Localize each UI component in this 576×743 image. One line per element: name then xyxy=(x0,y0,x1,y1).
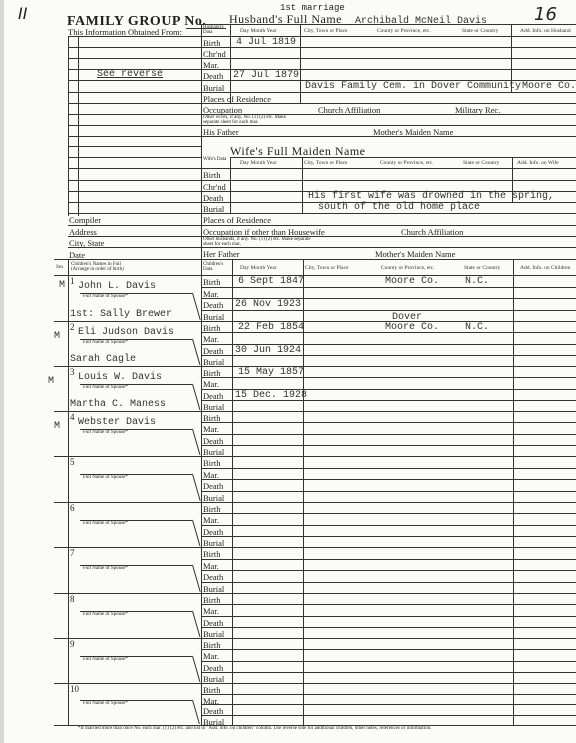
child-death-label: Death xyxy=(203,481,223,491)
rule xyxy=(201,310,576,311)
children-names-sub: (Arrange in order of birth) xyxy=(71,267,124,272)
rule xyxy=(192,429,200,455)
husband-church-label: Church Affiliation xyxy=(318,105,380,115)
child-name[interactable]: Louis W. Davis xyxy=(78,372,162,383)
child-death-label: Death xyxy=(203,618,223,628)
child-number: 4 xyxy=(70,412,75,422)
rule xyxy=(201,468,576,469)
children-data-header: Children's Data xyxy=(203,262,229,272)
child-birth-label: Birth xyxy=(203,504,220,514)
rule xyxy=(68,125,576,126)
rule xyxy=(201,715,576,716)
child-burial-label: Burial xyxy=(203,584,224,594)
rule xyxy=(201,627,576,628)
husband-data-header: Husband's Data xyxy=(203,25,229,35)
child-burial-label: Burial xyxy=(203,493,224,503)
rule xyxy=(201,479,576,480)
spouse-label: Full Name of Spouse* xyxy=(83,657,128,662)
child-number: 6 xyxy=(70,503,75,513)
rule xyxy=(201,559,576,560)
child-birth-date[interactable]: 15 May 1857 xyxy=(238,367,304,378)
rule xyxy=(68,36,69,216)
wife-death-label: Death xyxy=(203,193,223,203)
child-birth-label: Birth xyxy=(203,458,220,468)
husband-burial-label: Burial xyxy=(203,83,224,93)
child-sex[interactable]: M xyxy=(54,331,60,342)
rule xyxy=(201,434,576,435)
child-mar-label: Mar. xyxy=(203,696,219,706)
rule xyxy=(201,513,576,514)
wife-burial-label: Burial xyxy=(203,204,224,214)
rule xyxy=(68,259,69,275)
rule xyxy=(201,616,576,617)
rule xyxy=(201,525,576,526)
husband-burial-place[interactable]: Davis Family Cem. in Dover Community xyxy=(305,81,521,92)
rule xyxy=(230,157,576,158)
child-mar-label: Mar. xyxy=(203,606,219,616)
child-burial-label: Burial xyxy=(203,402,224,412)
spouse-label: Full Name of Spouse* xyxy=(83,294,128,299)
state-header: State or Country xyxy=(463,160,499,166)
add-children-header: Add. Info. on Children xyxy=(520,265,570,271)
child-mar-label: Mar. xyxy=(203,379,219,389)
spouse-label: Full Name of Spouse* xyxy=(83,475,128,480)
child-birth-label: Birth xyxy=(203,277,220,287)
child-name[interactable]: Webster Davis xyxy=(78,417,156,428)
rule xyxy=(192,611,200,637)
rule xyxy=(54,547,576,548)
dmy-header: Day Month Year xyxy=(240,160,277,166)
rule xyxy=(201,445,576,446)
rule xyxy=(68,103,576,104)
dmy-header: Day Month Year xyxy=(240,265,277,271)
wife-occupation-label: Occupation if other than Housewife xyxy=(203,227,325,237)
rule xyxy=(68,92,576,93)
rule xyxy=(192,656,200,682)
rule xyxy=(201,536,576,537)
sex-header: Sex xyxy=(56,265,64,270)
rule xyxy=(192,700,200,724)
city-header: City, Town or Place xyxy=(304,28,347,34)
child-number: 9 xyxy=(70,639,75,649)
child-mar-label: Mar. xyxy=(203,334,219,344)
rule xyxy=(201,422,576,423)
child-death-date[interactable]: 15 Dec. 1928 xyxy=(235,390,307,401)
rule xyxy=(68,225,576,226)
city-header: City, Town or Place xyxy=(304,160,347,166)
rule xyxy=(54,456,576,457)
child-death-label: Death xyxy=(203,663,223,673)
state-header: State or Country xyxy=(464,265,500,271)
rule xyxy=(201,259,202,725)
child-birth-label: Birth xyxy=(203,685,220,695)
child-mar-label: Mar. xyxy=(203,651,219,661)
child-mar-label: Mar. xyxy=(203,515,219,525)
rule xyxy=(201,287,576,288)
child-mar-label: Mar. xyxy=(203,289,219,299)
child-number: 2 xyxy=(70,322,75,332)
child-number: 10 xyxy=(70,684,79,694)
child-death-date[interactable]: 26 Nov 1923 xyxy=(235,299,301,310)
child-death-date[interactable]: 30 Jun 1924 xyxy=(235,345,301,356)
husband-name[interactable]: Archibald McNeil Davis xyxy=(355,16,487,27)
wife-father-label: Her Father xyxy=(203,249,240,259)
child-death-label: Death xyxy=(203,346,223,356)
county-header: County or Province, etc. xyxy=(380,160,434,166)
child-burial-label: Burial xyxy=(203,629,224,639)
child-birth-county[interactable]: Moore Co. xyxy=(385,276,439,287)
child-burial-label: Burial xyxy=(203,538,224,548)
child-birth-state[interactable]: N.C. xyxy=(465,322,489,333)
rule xyxy=(68,69,576,70)
info-obtained-value[interactable]: See reverse xyxy=(97,69,163,80)
rule xyxy=(68,180,576,181)
dmy-header: Day Month Year xyxy=(240,28,277,34)
spouse-label: Full Name of Spouse* xyxy=(83,566,128,571)
child-spouse[interactable]: Sarah Cagle xyxy=(70,354,136,365)
child-name[interactable]: John L. Davis xyxy=(78,281,156,292)
rule xyxy=(192,339,200,365)
child-birth-label: Birth xyxy=(203,323,220,333)
wife-note-line2[interactable]: south of the old home place xyxy=(318,202,480,213)
husband-occupation-label: Occupation xyxy=(203,105,242,115)
city-header: City, Town or Place xyxy=(305,265,348,271)
rule xyxy=(54,259,576,260)
rule xyxy=(54,593,576,594)
wife-birth-label: Birth xyxy=(203,170,220,180)
rule xyxy=(68,146,201,147)
husband-burial-county[interactable]: Moore Co. xyxy=(522,81,576,92)
rule xyxy=(201,672,576,673)
county-header: County or Province, etc. xyxy=(381,265,435,271)
husband-birth-date[interactable]: 4 Jul 1819 xyxy=(236,37,296,48)
child-spouse[interactable]: 1st: Sally Brewer xyxy=(70,309,172,320)
rule xyxy=(232,259,233,725)
rule xyxy=(68,58,576,59)
child-death-label: Death xyxy=(203,436,223,446)
spouse-label: Full Name of Spouse* xyxy=(83,385,128,390)
wife-mother-label: Mother's Maiden Name xyxy=(375,249,455,259)
rule xyxy=(68,168,576,169)
child-death-label: Death xyxy=(203,300,223,310)
rule xyxy=(513,259,514,725)
rule xyxy=(54,321,576,322)
rule xyxy=(192,520,200,546)
rule xyxy=(68,213,576,214)
child-birth-state[interactable]: N.C. xyxy=(465,276,489,287)
scan-edge xyxy=(0,0,4,743)
roman-numeral-mark: II xyxy=(18,4,27,23)
husband-mar-label: Mar. xyxy=(203,60,219,70)
rule xyxy=(192,293,201,320)
child-death-label: Death xyxy=(203,706,223,716)
rule xyxy=(68,157,201,158)
footer-note: *If married more than once No. each mar.… xyxy=(78,726,431,731)
rule xyxy=(54,275,576,276)
rule xyxy=(68,47,576,48)
wife-note-line1[interactable]: His first wife was drowned in the spring… xyxy=(308,191,554,202)
rule xyxy=(68,247,576,248)
husband-mother-label: Mother's Maiden Name xyxy=(373,127,453,137)
child-number: 8 xyxy=(70,594,75,604)
child-number: 5 xyxy=(70,457,75,467)
rule xyxy=(54,502,576,503)
rule xyxy=(68,36,576,37)
child-place-note[interactable]: Dover xyxy=(392,312,422,323)
husband-other-wives-label: Other wives, if any. No. (1) (2) etc. Ma… xyxy=(203,115,303,125)
add-husband-header: Add. Info. on Husband xyxy=(520,28,571,34)
child-death-label: Death xyxy=(203,572,223,582)
child-name[interactable]: Eli Judson Davis xyxy=(78,327,174,338)
rule xyxy=(201,582,576,583)
rule xyxy=(201,661,576,662)
rule xyxy=(201,649,576,650)
page-number-mark: 16 xyxy=(534,4,557,25)
wife-chr-label: Chr'nd xyxy=(203,182,226,192)
child-birth-label: Birth xyxy=(203,640,220,650)
child-number: 3 xyxy=(70,367,75,377)
wife-other-husbands-label: Other husbands, if any. No. (1) (2) etc.… xyxy=(203,237,313,247)
rule xyxy=(54,366,576,367)
rule xyxy=(201,694,576,695)
child-birth-date[interactable]: 22 Feb 1854 xyxy=(238,322,304,333)
rule xyxy=(201,704,576,705)
child-mar-label: Mar. xyxy=(203,470,219,480)
child-burial-label: Burial xyxy=(203,447,224,457)
rule xyxy=(200,24,576,25)
add-wife-header: Add. Info. on Wife xyxy=(517,160,559,166)
spouse-label: Full Name of Spouse* xyxy=(83,340,128,345)
child-burial-label: Burial xyxy=(203,674,224,684)
child-number: 1 xyxy=(70,276,75,286)
rule xyxy=(192,384,200,410)
rule xyxy=(192,565,201,592)
husband-military-label: Military Rec. xyxy=(455,105,500,115)
county-header: County or Province, etc. xyxy=(377,28,431,34)
child-sex[interactable]: M xyxy=(59,280,65,291)
rule xyxy=(201,604,576,605)
child-death-label: Death xyxy=(203,391,223,401)
child-birth-label: Birth xyxy=(203,549,220,559)
spouse-label: Full Name of Spouse* xyxy=(83,701,128,706)
husband-chr-label: Chr'nd xyxy=(203,49,226,59)
rule xyxy=(54,411,576,412)
rule xyxy=(54,683,576,684)
child-sex[interactable]: M xyxy=(48,376,54,387)
husband-death-date[interactable]: 27 Jul 1879 xyxy=(233,70,299,81)
rule xyxy=(68,136,576,137)
child-burial-label: Burial xyxy=(203,312,224,322)
child-sex[interactable]: M xyxy=(54,421,60,432)
child-number: 7 xyxy=(70,548,75,558)
husband-birth-label: Birth xyxy=(203,38,220,48)
spouse-label: Full Name of Spouse* xyxy=(83,521,128,526)
wife-residence-label: Places of Residence xyxy=(203,215,271,225)
rule xyxy=(54,638,576,639)
child-spouse[interactable]: Martha C. Maness xyxy=(70,399,166,410)
child-death-label: Death xyxy=(203,527,223,537)
child-mar-label: Mar. xyxy=(203,561,219,571)
husband-father-label: His Father xyxy=(203,127,239,137)
spouse-label: Full Name of Spouse* xyxy=(83,430,128,435)
rule xyxy=(78,36,79,216)
child-birth-label: Birth xyxy=(203,413,220,423)
child-birth-label: Birth xyxy=(203,368,220,378)
wife-data-header: Wife's Data xyxy=(203,157,229,162)
rule xyxy=(230,157,231,214)
husband-death-label: Death xyxy=(203,71,223,81)
rule xyxy=(201,570,576,571)
wife-church-label: Church Affiliation xyxy=(401,227,463,237)
child-birth-date[interactable]: 6 Sept 1847 xyxy=(238,276,304,287)
rule xyxy=(68,275,69,725)
child-mar-label: Mar. xyxy=(203,424,219,434)
rule xyxy=(192,474,201,501)
spouse-label: Full Name of Spouse* xyxy=(83,612,128,617)
child-birth-label: Birth xyxy=(203,595,220,605)
state-header: State or Country xyxy=(462,28,498,34)
child-burial-label: Burial xyxy=(203,357,224,367)
compiler-label: Compiler xyxy=(69,215,101,225)
rule xyxy=(201,491,576,492)
rule xyxy=(302,157,303,214)
husband-residence-label: Places of Residence xyxy=(203,94,271,104)
child-birth-county[interactable]: Moore Co. xyxy=(385,322,439,333)
